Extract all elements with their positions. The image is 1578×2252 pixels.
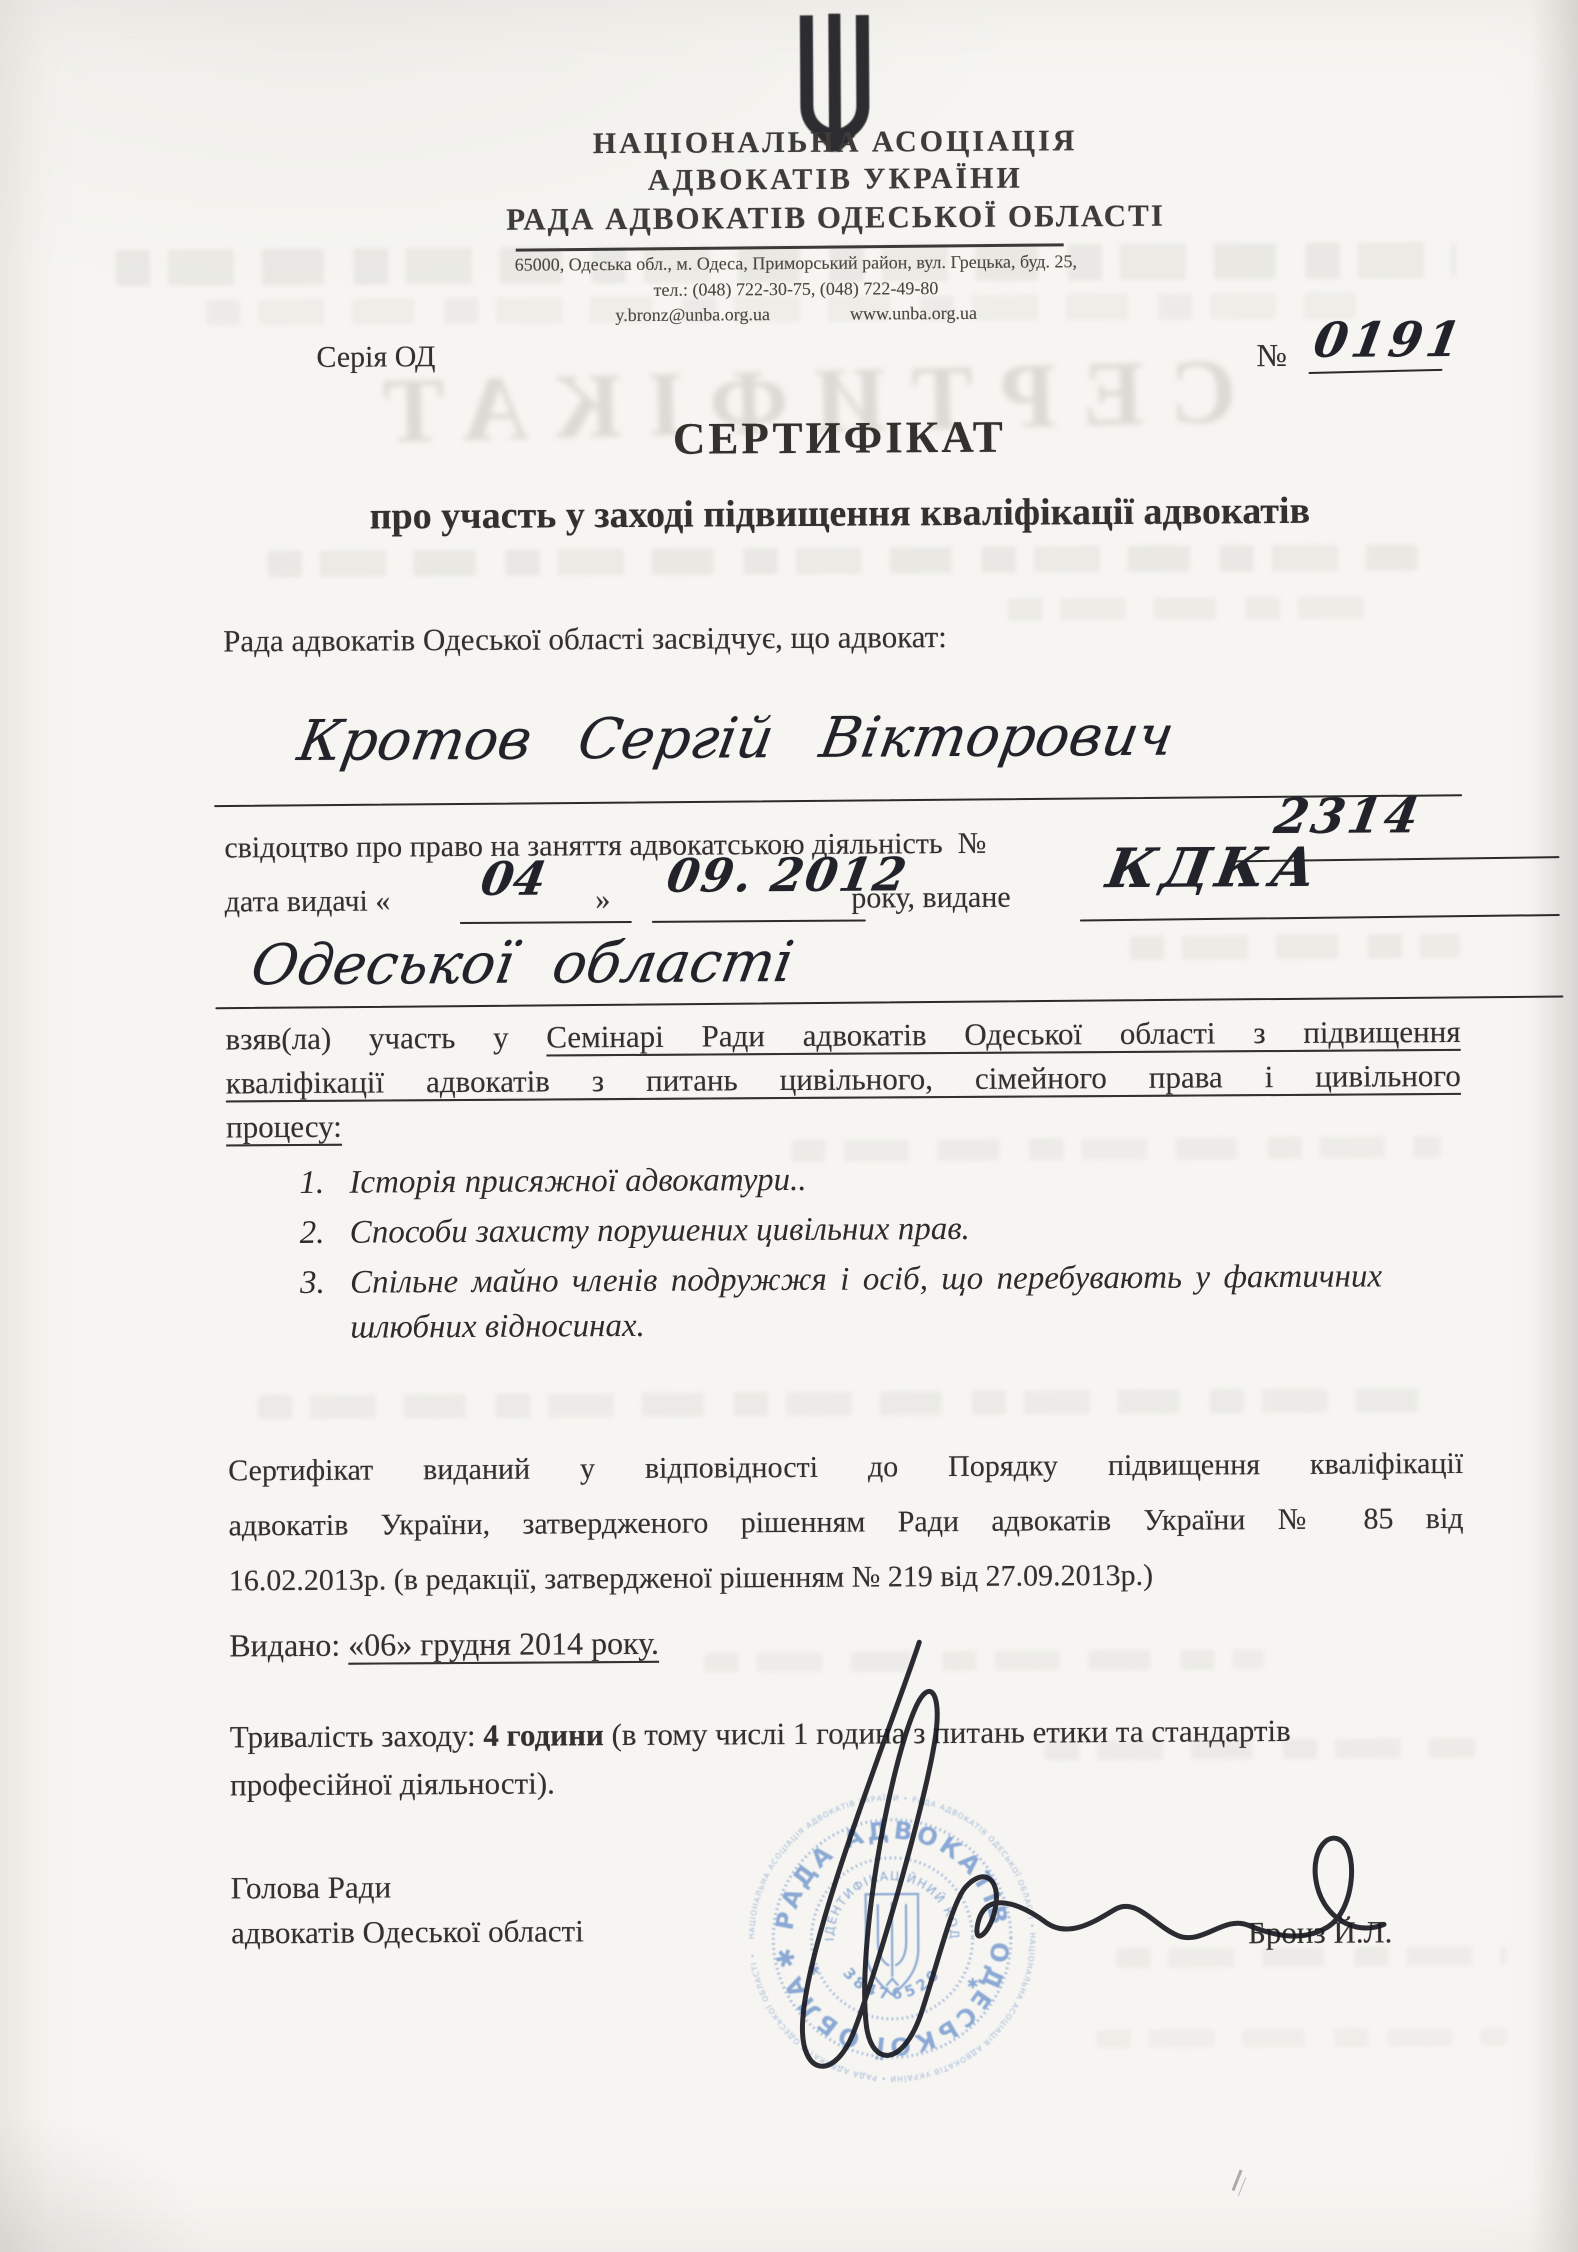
signer-position-line1: Голова Ради — [231, 1863, 584, 1910]
org-email: y.bronz@unba.org.ua — [615, 304, 770, 326]
pencil-mark-artifact — [1232, 2170, 1243, 2192]
issued-date-value: «06» грудня 2014 року. — [348, 1625, 659, 1663]
duration-hours: 4 години — [483, 1717, 604, 1753]
certify-line: Рада адвокатів Одеської області засвідчу… — [223, 619, 947, 659]
org-contact-row: y.bronz@unba.org.ua www.unba.org.ua — [326, 301, 1266, 328]
participation-line2: кваліфікації адвокатів з питань цивільно… — [226, 1054, 1461, 1106]
topic-item: Спільне майно членів подружжя і осіб, що… — [292, 1254, 1383, 1351]
bleed-through-artifact — [1130, 934, 1460, 960]
duration-label: Тривалість заходу: — [230, 1718, 476, 1755]
org-website: www.unba.org.ua — [850, 303, 977, 325]
certificate-subtitle: про участь у заході підвищення кваліфіка… — [167, 488, 1512, 540]
scanned-certificate-page: СЕРТИФІКАТ НАЦІОНАЛЬНА АСОЦІАЦІЯ АДВОКАТ… — [0, 0, 1578, 2252]
certificate-number-line — [1308, 369, 1442, 374]
bleed-through-artifact — [1008, 596, 1388, 620]
participation-paragraph: взяв(ла) участь у Семінарі Ради адвокаті… — [225, 1010, 1461, 1150]
advocate-name-handwritten: Кротов Сергій Вікторович — [299, 702, 1399, 774]
legal-line: адвокатів України, затвердженого рішення… — [228, 1491, 1463, 1554]
bleed-through-artifact — [258, 1388, 1448, 1419]
certificate-title: СЕРТИФІКАТ — [222, 408, 1457, 468]
issue-day-handwritten: 04 — [481, 851, 545, 905]
issued-date-label: Видано: — [229, 1627, 340, 1664]
topic-item: Способи захисту порушених цивільних прав… — [292, 1204, 1382, 1256]
participation-line1: взяв(ла) участь у Семінарі Ради адвокаті… — [225, 1010, 1460, 1062]
license-number-sign: № — [958, 827, 987, 860]
issue-day-line — [460, 921, 632, 924]
org-name-line1: НАЦІОНАЛЬНА АСОЦІАЦІЯ — [415, 123, 1255, 162]
issued-date-line: Видано: «06» грудня 2014 року. — [229, 1625, 659, 1665]
issued-by-line — [1080, 914, 1560, 921]
issue-month-year-handwritten: 09. 2012 — [667, 847, 907, 902]
org-name-line3: РАДА АДВОКАТІВ ОДЕСЬКОЇ ОБЛАСТІ — [415, 197, 1255, 238]
signer-position-line2: адвокатів Одеської області — [231, 1908, 584, 1955]
legal-line: Сертифікат виданий у відповідності до По… — [228, 1436, 1463, 1499]
issued-by-handwritten: КДКА — [1107, 835, 1322, 900]
participation-line3: процесу: — [226, 1098, 1461, 1150]
legal-paragraph: Сертифікат виданий у відповідності до По… — [228, 1436, 1464, 1609]
signer-position: Голова Ради адвокатів Одеської області — [231, 1863, 584, 1955]
org-name-line2: АДВОКАТІВ УКРАЇНИ — [415, 160, 1255, 199]
issued-by-region-handwritten: Одеської області — [252, 930, 793, 998]
issue-date-label: дата видачі « — [225, 884, 391, 918]
series-label: Серія ОД — [316, 340, 435, 375]
certificate-number-value: 0191 — [1314, 312, 1464, 369]
signer-signature-ink — [704, 1594, 1487, 2119]
issue-month-year-line — [652, 920, 866, 923]
topic-item: Історія присяжної адвокатури.. — [291, 1154, 1381, 1206]
certificate-number-sign: № — [1256, 337, 1287, 374]
seminar-topics-list: Історія присяжної адвокатури.. Способи з… — [291, 1154, 1382, 1356]
issued-by-region-line — [215, 996, 1563, 1010]
issue-date-quote-close: » — [595, 883, 610, 916]
bleed-through-artifact — [268, 544, 1418, 577]
